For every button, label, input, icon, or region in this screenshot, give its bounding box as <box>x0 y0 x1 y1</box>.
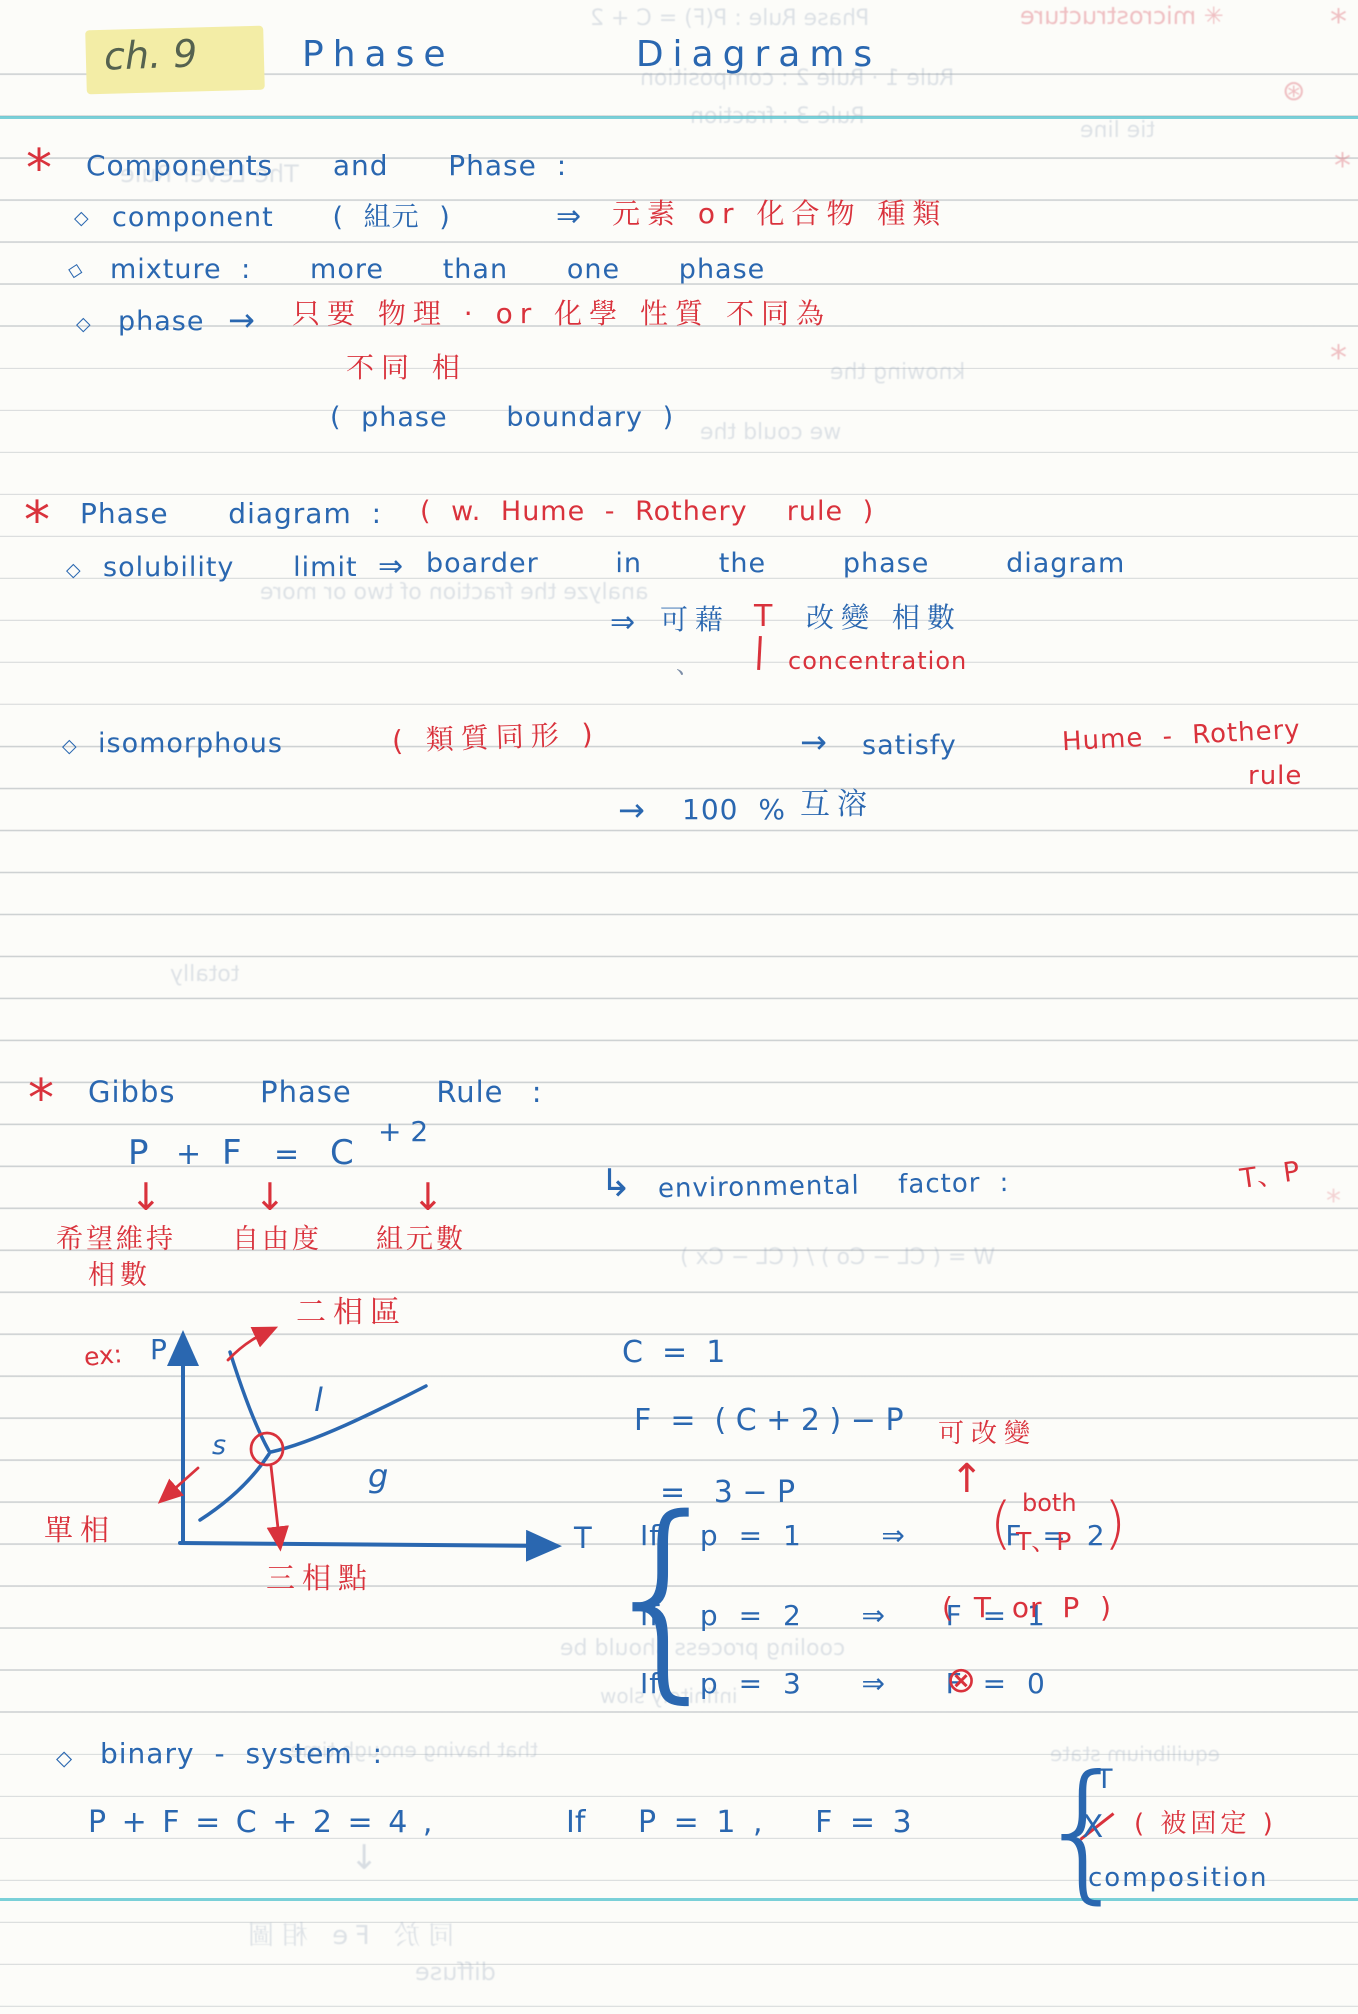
section-asterisk: * <box>24 492 50 552</box>
eq-plus-two: + 2 <box>378 1116 428 1148</box>
case-p1-note-both: both <box>1022 1490 1077 1518</box>
bleedthrough-text: diffuse <box>415 1958 496 1986</box>
isomorphous-term: isomorphous <box>98 728 283 759</box>
arrow-down-icon: ↓ <box>412 1176 444 1220</box>
label-degrees-of-freedom: 自由度 <box>232 1224 322 1255</box>
bleedthrough-text: Phase Rule : P(F) = C + 2 <box>590 6 869 31</box>
phase-definition-cont: 不同 相 <box>346 352 467 384</box>
solubility-term: solubility limit <box>103 552 358 583</box>
bullet-diamond: ◇ <box>76 314 91 336</box>
bleedthrough-text: totally <box>170 962 239 987</box>
binary-fixed-note: ( 被固定 ) <box>1134 1810 1277 1840</box>
triple-point-label: 三相點 <box>266 1562 374 1595</box>
bullet-diamond: ◇ <box>66 560 81 582</box>
bullet-diamond: ◇ <box>62 736 77 758</box>
triple-point-pointer-arrow <box>271 1466 280 1546</box>
phase-term: phase <box>118 306 204 337</box>
bleedthrough-asterisk: * <box>1334 146 1351 186</box>
eq-equals: = <box>274 1138 299 1173</box>
case-p1-paren-close: ) <box>1104 1492 1126 1556</box>
bleedthrough-text: W = ( CL − Co ) / ( CL − Cx ) <box>680 1245 995 1270</box>
hume-rothery-note: ( w. Hume - Rothery rule ) <box>420 496 874 527</box>
can-use-text: 可藉 <box>660 604 730 636</box>
bleedthrough-text: we could the <box>700 420 841 445</box>
x-axis <box>180 1543 554 1546</box>
cjk-comma: 、 <box>676 652 700 680</box>
label-phases-wanted-2: 相數 <box>88 1260 152 1291</box>
case-p3: If p = 3 ⇒ F = 0 <box>640 1668 1046 1700</box>
bullet-diamond: ◇ <box>56 1746 72 1770</box>
satisfy-text: satisfy <box>862 730 957 761</box>
single-phase-label: 單相 <box>44 1514 116 1547</box>
case-p2-note: ( T or P ) <box>942 1592 1112 1624</box>
bleedthrough-text: tie line <box>1080 118 1155 143</box>
binary-condition: If P = 1 , F = 3 <box>566 1806 912 1841</box>
concentration-label: concentration <box>788 648 967 676</box>
double-arrow: ⇒ <box>556 200 581 235</box>
binary-option-composition: composition <box>1088 1864 1269 1894</box>
margin-rule-bottom <box>0 1898 1358 1901</box>
arrow-up-icon: ↑ <box>950 1456 984 1502</box>
bleedthrough-asterisk: * <box>1326 1184 1341 1219</box>
binary-option-T: T <box>1096 1764 1113 1795</box>
two-phase-region-label: 二相區 <box>296 1296 407 1331</box>
solubility-definition: boarder in the phase diagram <box>426 548 1125 579</box>
double-arrow: ⇒ <box>378 550 403 585</box>
component-term: component ( 組元 ) <box>112 202 451 233</box>
case-p3-impossible-mark: ⊗ <box>946 1660 976 1701</box>
right-arrow: → <box>618 792 645 829</box>
bleedthrough-circled-asterisk: ⊛ <box>1282 74 1305 107</box>
right-arrow: → <box>800 724 827 761</box>
f-equation: F = ( C + 2 ) − P <box>634 1404 904 1439</box>
notebook-page: ✳ microstructure Phase Rule : P(F) = C +… <box>0 0 1358 2014</box>
bleedthrough-arrow: ↓ <box>350 1838 379 1878</box>
bleedthrough-asterisk: * <box>1330 2 1347 42</box>
rule-text: rule <box>1248 762 1302 792</box>
two-phase-pointer-arrow <box>228 1329 273 1360</box>
arrow-down-icon: ↓ <box>254 1176 286 1220</box>
temperature-variable: T <box>754 600 772 635</box>
page-title: Phase Diagrams <box>302 34 881 75</box>
binary-option-X: X <box>1082 1809 1103 1845</box>
hundred-percent: 100 % <box>682 794 786 826</box>
bleedthrough-text: 同於 Fe 相圖 <box>240 1915 454 1952</box>
gas-region-label: g <box>368 1458 388 1495</box>
pressure-axis-label: P <box>150 1334 167 1366</box>
right-arrow: → <box>228 302 255 339</box>
eq-P: P <box>128 1134 149 1173</box>
mixture-line: mixture : more than one phase <box>110 254 765 285</box>
environmental-factor-text: environmental factor : <box>658 1169 1010 1205</box>
changeable-label: 可改變 <box>938 1420 1037 1450</box>
liquid-gas-boundary <box>271 1386 426 1452</box>
section-heading: Phase diagram : <box>80 498 382 530</box>
bullet-diamond: ◇ <box>66 259 85 283</box>
bleedthrough-text: knowing the <box>830 360 965 385</box>
binary-option-X-struck: X <box>1082 1810 1103 1846</box>
example-label: ex: <box>83 1340 124 1373</box>
solid-region-label: s <box>212 1430 226 1461</box>
label-phases-wanted: 希望維持 <box>56 1224 176 1255</box>
bleedthrough-text: analyze the fraction of two or more <box>260 580 648 605</box>
solid-liquid-boundary <box>230 1352 269 1451</box>
arrow-down-icon: ↓ <box>130 1176 162 1220</box>
single-phase-pointer-arrow <box>162 1468 198 1500</box>
env-factors-TP: T、P <box>1238 1156 1302 1195</box>
bleedthrough-asterisk: * <box>1330 338 1347 378</box>
eq-C: C <box>330 1134 354 1173</box>
case-p1-paren-open: ( <box>990 1492 1012 1556</box>
corner-arrow-icon: ↳ <box>600 1162 632 1206</box>
section-asterisk: * <box>26 140 52 200</box>
case-p1-note-TP: T、P <box>1016 1528 1071 1557</box>
chapter-label: ch. 9 <box>103 32 198 79</box>
double-arrow: ⇒ <box>610 606 635 641</box>
component-definition: 元素 or 化合物 種類 <box>612 198 947 230</box>
section-heading: Components and Phase : <box>86 150 567 182</box>
phase-boundary-note: ( phase boundary ) <box>330 402 674 433</box>
binary-equation: P + F = C + 2 = 4 , <box>88 1806 432 1841</box>
isomorphous-zh: ( 類質同形 ) <box>392 718 601 757</box>
temperature-axis-label: T <box>574 1522 592 1555</box>
phase-definition: 只要 物理 · or 化學 性質 不同為 <box>292 298 831 330</box>
margin-rule-top <box>0 116 1358 119</box>
bleedthrough-text: ✳ microstructure <box>1020 2 1224 30</box>
change-phase-count-text: 改變 相數 <box>806 602 962 634</box>
section-heading: Gibbs Phase Rule : <box>88 1076 542 1109</box>
label-component-count: 組元數 <box>376 1224 466 1255</box>
red-connector-line <box>757 636 762 670</box>
mutually-soluble-text: 互溶 <box>800 788 874 823</box>
liquid-region-label: l <box>314 1382 323 1419</box>
hume-rothery-text: Hume - Rothery <box>1061 716 1301 758</box>
eq-plus: + <box>176 1138 201 1173</box>
binary-heading: binary - system : <box>100 1738 383 1770</box>
eq-F: F <box>222 1134 242 1173</box>
c-equals-one: C = 1 <box>622 1336 725 1371</box>
section-asterisk: * <box>28 1070 54 1130</box>
bullet-diamond: ◇ <box>74 208 89 230</box>
